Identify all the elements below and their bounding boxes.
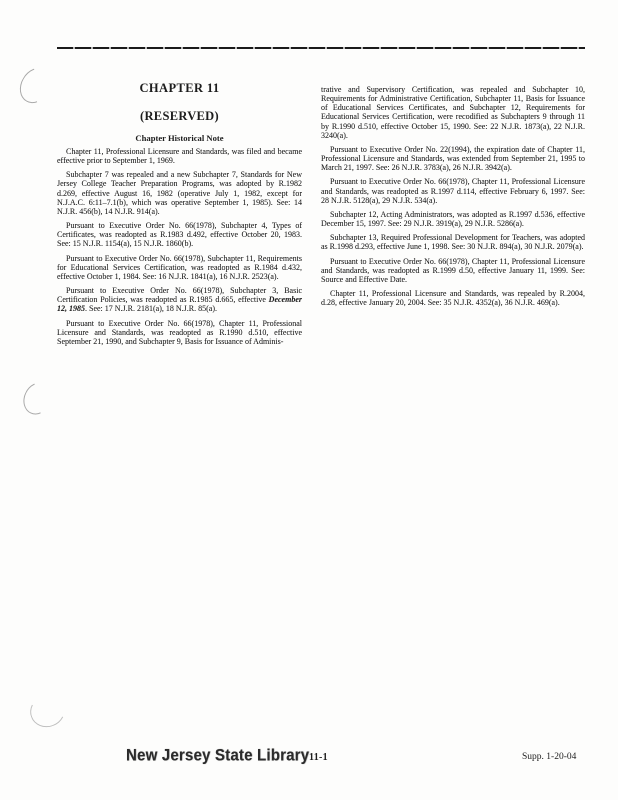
historical-note-paragraph: Pursuant to Executive Order No. 66(1978)… [321,257,585,284]
chapter-title: CHAPTER 11 [57,82,302,95]
scan-artifact-arc [18,378,56,419]
historical-note-paragraph: Chapter 11, Professional Licensure and S… [57,147,302,165]
historical-note-paragraph-continuation: trative and Supervisory Certification, w… [321,85,585,140]
historical-note-paragraph: Chapter 11, Professional Licensure and S… [321,289,585,307]
historical-note-paragraph: Subchapter 7 was repealed and a new Subc… [57,170,302,216]
scan-artifact-arc [26,690,70,732]
paragraph-text: Pursuant to Executive Order No. 66(1978)… [57,286,302,304]
page-top-rule [57,47,585,49]
two-column-text-block: CHAPTER 11 (RESERVED) Chapter Historical… [57,79,585,351]
page-number: 11-1 [309,752,328,763]
historical-note-heading: Chapter Historical Note [57,134,302,143]
historical-note-paragraph: Pursuant to Executive Order No. 66(1978)… [57,221,302,248]
supplement-date: Supp. 1-20-04 [522,752,576,762]
historical-note-paragraph: Pursuant to Executive Order No. 66(1978)… [57,286,302,313]
scan-artifact-arc [14,62,58,109]
library-stamp: New Jersey State Library [126,746,309,765]
historical-note-paragraph: Pursuant to Executive Order No. 22(1994)… [321,145,585,172]
historical-note-paragraph: Pursuant to Executive Order No. 66(1978)… [321,177,585,204]
historical-note-paragraph: Pursuant to Executive Order No. 66(1978)… [57,319,302,346]
historical-note-paragraph: Pursuant to Executive Order No. 66(1978)… [57,254,302,281]
document-page: CHAPTER 11 (RESERVED) Chapter Historical… [0,0,618,800]
paragraph-text: . See: 17 N.J.R. 2181(a), 18 N.J.R. 85(a… [85,304,217,313]
reserved-heading: (RESERVED) [57,110,302,123]
left-column: CHAPTER 11 (RESERVED) Chapter Historical… [57,79,302,351]
historical-note-paragraph: Subchapter 12, Acting Administrators, wa… [321,210,585,228]
right-column: trative and Supervisory Certification, w… [321,79,585,351]
historical-note-paragraph: Subchapter 13, Required Professional Dev… [321,233,585,251]
